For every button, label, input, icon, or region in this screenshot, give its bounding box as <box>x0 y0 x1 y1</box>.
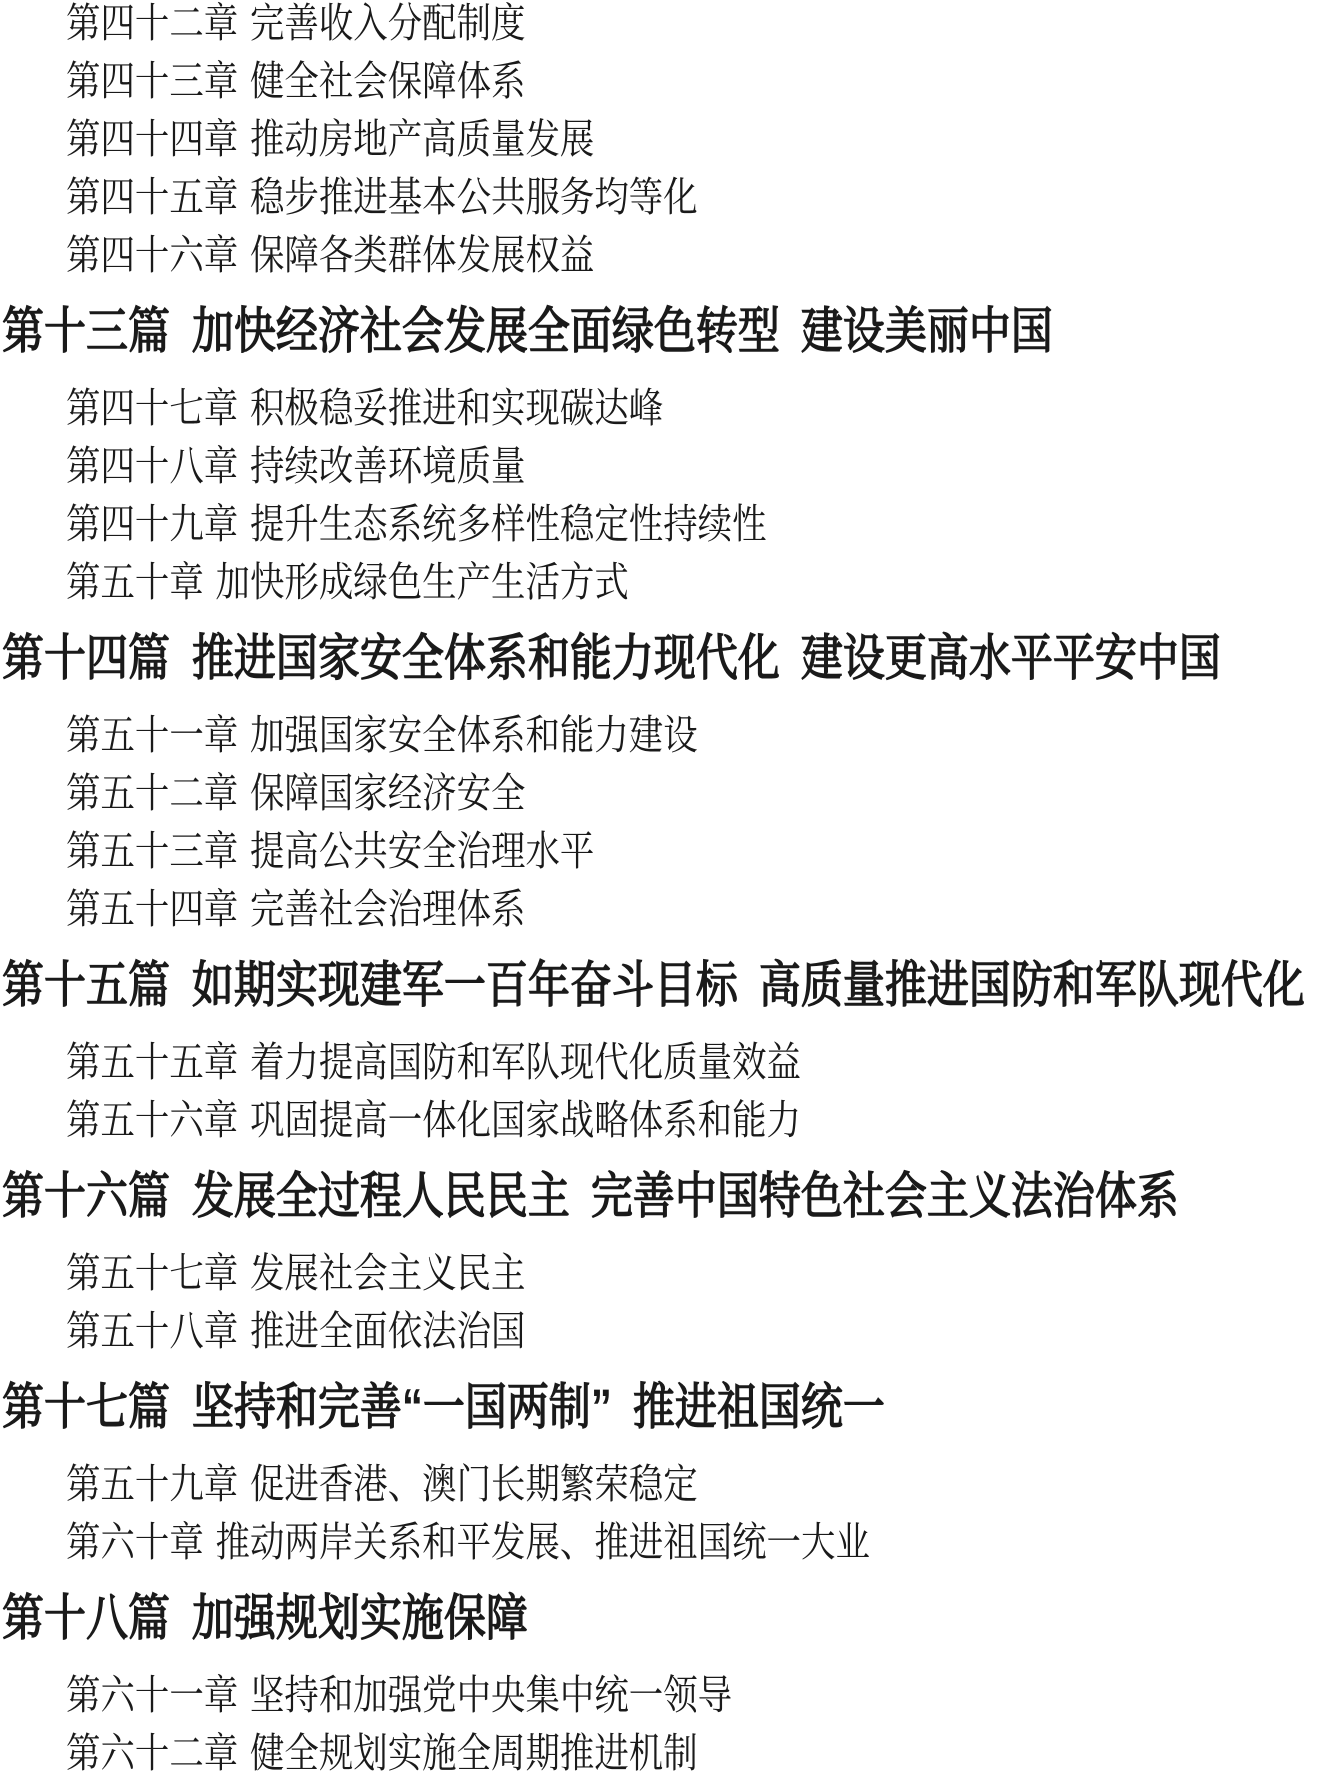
chapter-number: 第四十三章 <box>66 52 238 110</box>
chapter-title: 保障各类群体发展权益 <box>250 226 594 284</box>
chapter-number: 第六十二章 <box>66 1724 238 1780</box>
chapter-title: 完善收入分配制度 <box>250 0 526 52</box>
chapter-title: 完善社会治理体系 <box>250 880 526 938</box>
toc-part-heading: 第十七篇 坚持和完善“一国两制” 推进祖国统一 <box>0 1376 1329 1438</box>
toc-chapter-entry: 第五十二章 保障国家经济安全 <box>0 764 1329 822</box>
chapter-number: 第四十六章 <box>66 226 238 284</box>
chapter-number: 第五十三章 <box>66 822 238 880</box>
chapter-title: 提升生态系统多样性稳定性持续性 <box>250 495 767 553</box>
chapter-number: 第四十四章 <box>66 110 238 168</box>
part-title: 加快经济社会发展全面绿色转型 建设美丽中国 <box>192 300 1053 362</box>
toc-part-heading: 第十四篇 推进国家安全体系和能力现代化 建设更高水平平安中国 <box>0 627 1329 689</box>
part-number: 第十三篇 <box>2 300 170 362</box>
toc-chapter-entry: 第五十五章 着力提高国防和军队现代化质量效益 <box>0 1033 1329 1091</box>
chapter-number: 第六十一章 <box>66 1666 238 1724</box>
toc-chapter-entry: 第四十八章 持续改善环境质量 <box>0 437 1329 495</box>
chapter-title: 着力提高国防和军队现代化质量效益 <box>250 1033 801 1091</box>
chapter-title: 加强国家安全体系和能力建设 <box>250 706 698 764</box>
chapter-title: 积极稳妥推进和实现碳达峰 <box>250 379 663 437</box>
chapter-title: 健全社会保障体系 <box>250 52 526 110</box>
chapter-number: 第五十五章 <box>66 1033 238 1091</box>
chapter-title: 保障国家经济安全 <box>250 764 526 822</box>
toc-chapter-entry: 第五十七章 发展社会主义民主 <box>0 1244 1329 1302</box>
toc-chapter-entry: 第五十四章 完善社会治理体系 <box>0 880 1329 938</box>
toc-chapter-entry: 第五十六章 巩固提高一体化国家战略体系和能力 <box>0 1091 1329 1149</box>
part-title: 如期实现建军一百年奋斗目标 高质量推进国防和军队现代化 <box>192 954 1305 1016</box>
part-title: 推进国家安全体系和能力现代化 建设更高水平平安中国 <box>192 627 1221 689</box>
toc-chapter-entry: 第四十七章 积极稳妥推进和实现碳达峰 <box>0 379 1329 437</box>
chapter-title: 巩固提高一体化国家战略体系和能力 <box>250 1091 801 1149</box>
chapter-title: 稳步推进基本公共服务均等化 <box>250 168 698 226</box>
chapter-number: 第五十九章 <box>66 1455 238 1513</box>
chapter-number: 第六十章 <box>66 1513 204 1571</box>
chapter-number: 第四十八章 <box>66 437 238 495</box>
chapter-title: 发展社会主义民主 <box>250 1244 526 1302</box>
toc-chapter-entry: 第五十一章 加强国家安全体系和能力建设 <box>0 706 1329 764</box>
part-title: 坚持和完善“一国两制” 推进祖国统一 <box>192 1376 885 1438</box>
toc-chapter-entry: 第五十章 加快形成绿色生产生活方式 <box>0 553 1329 611</box>
toc-part-heading: 第十三篇 加快经济社会发展全面绿色转型 建设美丽中国 <box>0 300 1329 362</box>
chapter-title: 推进全面依法治国 <box>250 1302 526 1360</box>
chapter-number: 第五十七章 <box>66 1244 238 1302</box>
chapter-number: 第五十四章 <box>66 880 238 938</box>
toc-chapter-entry: 第五十八章 推进全面依法治国 <box>0 1302 1329 1360</box>
toc-part-heading: 第十八篇 加强规划实施保障 <box>0 1587 1329 1649</box>
chapter-title: 持续改善环境质量 <box>250 437 526 495</box>
toc-chapter-entry: 第六十章 推动两岸关系和平发展、推进祖国统一大业 <box>0 1513 1329 1571</box>
toc-chapter-entry: 第四十四章 推动房地产高质量发展 <box>0 110 1329 168</box>
toc-chapter-entry: 第四十五章 稳步推进基本公共服务均等化 <box>0 168 1329 226</box>
toc-chapter-entry: 第五十九章 促进香港、澳门长期繁荣稳定 <box>0 1455 1329 1513</box>
chapter-number: 第五十一章 <box>66 706 238 764</box>
part-title: 发展全过程人民民主 完善中国特色社会主义法治体系 <box>192 1165 1179 1227</box>
chapter-title: 健全规划实施全周期推进机制 <box>250 1724 698 1780</box>
chapter-title: 推动两岸关系和平发展、推进祖国统一大业 <box>216 1513 870 1571</box>
toc-chapter-entry: 第六十一章 坚持和加强党中央集中统一领导 <box>0 1666 1329 1724</box>
chapter-title: 提高公共安全治理水平 <box>250 822 594 880</box>
part-number: 第十七篇 <box>2 1376 170 1438</box>
toc-chapter-entry: 第六十二章 健全规划实施全周期推进机制 <box>0 1724 1329 1780</box>
toc-part-heading: 第十六篇 发展全过程人民民主 完善中国特色社会主义法治体系 <box>0 1165 1329 1227</box>
chapter-number: 第四十五章 <box>66 168 238 226</box>
part-number: 第十四篇 <box>2 627 170 689</box>
toc-chapter-entry: 第四十二章 完善收入分配制度 <box>0 0 1329 52</box>
part-number: 第十六篇 <box>2 1165 170 1227</box>
toc-chapter-entry: 第四十六章 保障各类群体发展权益 <box>0 226 1329 284</box>
chapter-number: 第四十九章 <box>66 495 238 553</box>
chapter-number: 第五十二章 <box>66 764 238 822</box>
chapter-title: 加快形成绿色生产生活方式 <box>216 553 629 611</box>
toc-part-heading: 第十五篇 如期实现建军一百年奋斗目标 高质量推进国防和军队现代化 <box>0 954 1329 1016</box>
chapter-number: 第五十六章 <box>66 1091 238 1149</box>
toc-chapter-entry: 第五十三章 提高公共安全治理水平 <box>0 822 1329 880</box>
table-of-contents: 第四十二章 完善收入分配制度 第四十三章 健全社会保障体系 第四十四章 推动房地… <box>0 0 1329 1780</box>
chapter-title: 推动房地产高质量发展 <box>250 110 594 168</box>
part-number: 第十五篇 <box>2 954 170 1016</box>
toc-chapter-entry: 第四十三章 健全社会保障体系 <box>0 52 1329 110</box>
chapter-number: 第四十二章 <box>66 0 238 52</box>
chapter-number: 第五十章 <box>66 553 204 611</box>
part-title: 加强规划实施保障 <box>192 1587 528 1649</box>
chapter-title: 促进香港、澳门长期繁荣稳定 <box>250 1455 698 1513</box>
chapter-title: 坚持和加强党中央集中统一领导 <box>250 1666 732 1724</box>
part-number: 第十八篇 <box>2 1587 170 1649</box>
toc-chapter-entry: 第四十九章 提升生态系统多样性稳定性持续性 <box>0 495 1329 553</box>
chapter-number: 第四十七章 <box>66 379 238 437</box>
chapter-number: 第五十八章 <box>66 1302 238 1360</box>
